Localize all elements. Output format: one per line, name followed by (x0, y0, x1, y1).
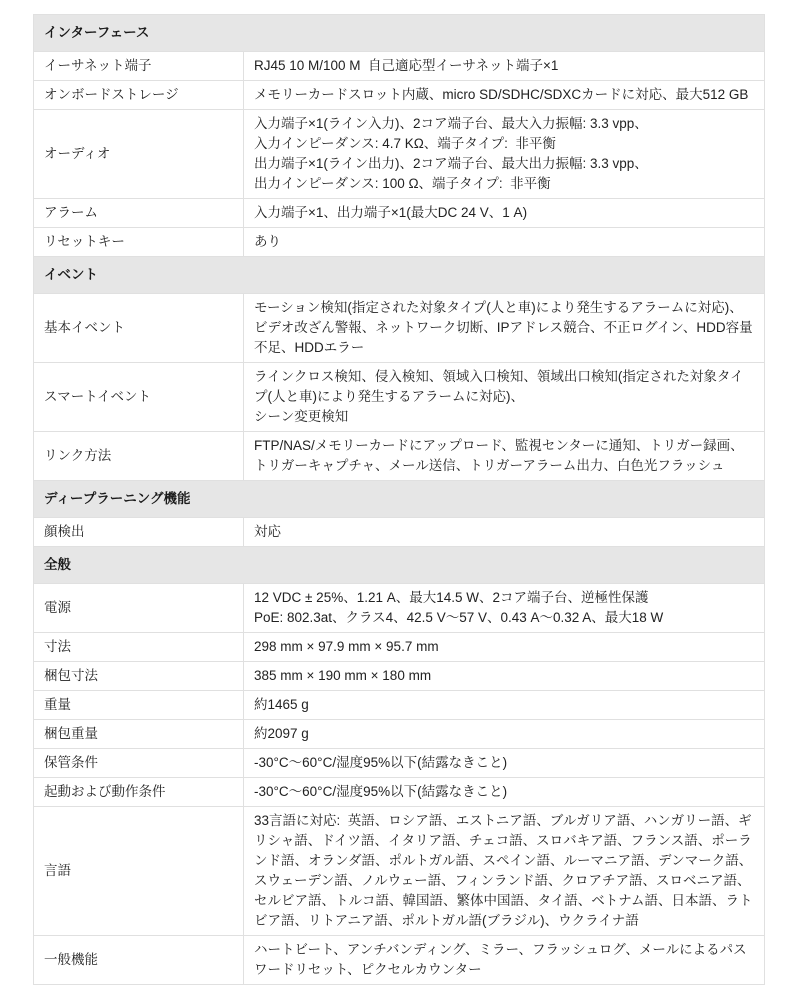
spec-label: 寸法 (34, 633, 244, 662)
spec-label: 電源 (34, 584, 244, 633)
spec-label: 梱包重量 (34, 720, 244, 749)
spec-value: -30°C～60°C/湿度95%以下(結露なきこと) (244, 778, 765, 807)
spec-row: 顔検出対応 (34, 518, 765, 547)
spec-value-line: 約2097 g (254, 724, 754, 744)
spec-label: 保管条件 (34, 749, 244, 778)
spec-value-line: 298 mm × 97.9 mm × 95.7 mm (254, 637, 754, 657)
spec-value-line: メモリーカードスロット内蔵、micro SD/SDHC/SDXCカードに対応、最… (254, 85, 754, 105)
spec-value-line: FTP/NAS/メモリーカードにアップロード、監視センターに通知、トリガー録画、… (254, 436, 754, 476)
spec-value-line: 入力端子×1(ライン入力)、2コア端子台、最大入力振幅: 3.3 vpp、 (254, 114, 754, 134)
spec-row: リンク方法FTP/NAS/メモリーカードにアップロード、監視センターに通知、トリ… (34, 432, 765, 481)
spec-value: 対応 (244, 518, 765, 547)
spec-value: 約1465 g (244, 691, 765, 720)
spec-value-line: 入力端子×1、出力端子×1(最大DC 24 V、1 A) (254, 203, 754, 223)
spec-row: オーディオ入力端子×1(ライン入力)、2コア端子台、最大入力振幅: 3.3 vp… (34, 110, 765, 199)
spec-value: 298 mm × 97.9 mm × 95.7 mm (244, 633, 765, 662)
spec-page: インターフェースイーサネット端子RJ45 10 M/100 M 自己適応型イーサ… (0, 14, 800, 974)
spec-value: 入力端子×1(ライン入力)、2コア端子台、最大入力振幅: 3.3 vpp、入力イ… (244, 110, 765, 199)
spec-row: 起動および動作条件-30°C～60°C/湿度95%以下(結露なきこと) (34, 778, 765, 807)
spec-value: RJ45 10 M/100 M 自己適応型イーサネット端子×1 (244, 52, 765, 81)
spec-value: FTP/NAS/メモリーカードにアップロード、監視センターに通知、トリガー録画、… (244, 432, 765, 481)
section-header-row: インターフェース (34, 15, 765, 52)
spec-row: 梱包寸法385 mm × 190 mm × 180 mm (34, 662, 765, 691)
section-header: ディープラーニング機能 (34, 481, 765, 518)
spec-row: スマートイベントラインクロス検知、侵入検知、領域入口検知、領域出口検知(指定され… (34, 363, 765, 432)
spec-value-line: 約1465 g (254, 695, 754, 715)
spec-row: 基本イベントモーション検知(指定された対象タイプ(人と車)により発生するアラーム… (34, 294, 765, 363)
spec-row: オンボードストレージメモリーカードスロット内蔵、micro SD/SDHC/SD… (34, 81, 765, 110)
section-header-row: イベント (34, 257, 765, 294)
spec-value: -30°C～60°C/湿度95%以下(結露なきこと) (244, 749, 765, 778)
spec-table-body: インターフェースイーサネット端子RJ45 10 M/100 M 自己適応型イーサ… (34, 15, 765, 985)
spec-value: 約2097 g (244, 720, 765, 749)
spec-label: リセットキー (34, 228, 244, 257)
spec-value-line: 385 mm × 190 mm × 180 mm (254, 666, 754, 686)
spec-row: 寸法298 mm × 97.9 mm × 95.7 mm (34, 633, 765, 662)
spec-value-line: ラインクロス検知、侵入検知、領域入口検知、領域出口検知(指定された対象タイプ(人… (254, 367, 754, 407)
spec-row: イーサネット端子RJ45 10 M/100 M 自己適応型イーサネット端子×1 (34, 52, 765, 81)
spec-value-line: 対応 (254, 522, 754, 542)
spec-label: スマートイベント (34, 363, 244, 432)
spec-value: ラインクロス検知、侵入検知、領域入口検知、領域出口検知(指定された対象タイプ(人… (244, 363, 765, 432)
spec-value: あり (244, 228, 765, 257)
spec-label: 言語 (34, 807, 244, 936)
spec-label: 基本イベント (34, 294, 244, 363)
spec-value-line: ハートビート、アンチバンディング、ミラー、フラッシュログ、メールによるパスワード… (254, 940, 754, 980)
spec-value: メモリーカードスロット内蔵、micro SD/SDHC/SDXCカードに対応、最… (244, 81, 765, 110)
spec-row: 一般機能ハートビート、アンチバンディング、ミラー、フラッシュログ、メールによるパ… (34, 936, 765, 985)
spec-value: モーション検知(指定された対象タイプ(人と車)により発生するアラームに対応)、ビ… (244, 294, 765, 363)
spec-row: 梱包重量約2097 g (34, 720, 765, 749)
spec-value-line: 出力端子×1(ライン出力)、2コア端子台、最大出力振幅: 3.3 vpp、 (254, 154, 754, 174)
spec-value-line: 入力インピーダンス: 4.7 KΩ、端子タイプ: 非平衡 (254, 134, 754, 154)
spec-value-line: -30°C～60°C/湿度95%以下(結露なきこと) (254, 753, 754, 773)
spec-label: アラーム (34, 199, 244, 228)
spec-value: 12 VDC ± 25%、1.21 A、最大14.5 W、2コア端子台、逆極性保… (244, 584, 765, 633)
spec-label: オーディオ (34, 110, 244, 199)
spec-value: 33言語に対応: 英語、ロシア語、エストニア語、ブルガリア語、ハンガリー語、ギリ… (244, 807, 765, 936)
spec-value-line: 出力インピーダンス: 100 Ω、端子タイプ: 非平衡 (254, 174, 754, 194)
spec-row: 保管条件-30°C～60°C/湿度95%以下(結露なきこと) (34, 749, 765, 778)
spec-value-line: RJ45 10 M/100 M 自己適応型イーサネット端子×1 (254, 56, 754, 76)
spec-value-line: -30°C～60°C/湿度95%以下(結露なきこと) (254, 782, 754, 802)
spec-value: 385 mm × 190 mm × 180 mm (244, 662, 765, 691)
section-header: 全般 (34, 547, 765, 584)
spec-row: 電源12 VDC ± 25%、1.21 A、最大14.5 W、2コア端子台、逆極… (34, 584, 765, 633)
spec-value-line: モーション検知(指定された対象タイプ(人と車)により発生するアラームに対応)、ビ… (254, 298, 754, 358)
spec-value-line: PoE: 802.3at、クラス4、42.5 V～57 V、0.43 A～0.3… (254, 608, 754, 628)
section-header: イベント (34, 257, 765, 294)
spec-value: 入力端子×1、出力端子×1(最大DC 24 V、1 A) (244, 199, 765, 228)
spec-label: 顔検出 (34, 518, 244, 547)
spec-label: イーサネット端子 (34, 52, 244, 81)
spec-label: 起動および動作条件 (34, 778, 244, 807)
spec-row: 重量約1465 g (34, 691, 765, 720)
spec-row: 言語33言語に対応: 英語、ロシア語、エストニア語、ブルガリア語、ハンガリー語、… (34, 807, 765, 936)
spec-value-line: シーン変更検知 (254, 407, 754, 427)
spec-label: 一般機能 (34, 936, 244, 985)
section-header-row: ディープラーニング機能 (34, 481, 765, 518)
spec-value-line: 33言語に対応: 英語、ロシア語、エストニア語、ブルガリア語、ハンガリー語、ギリ… (254, 811, 754, 931)
spec-label: 重量 (34, 691, 244, 720)
spec-table: インターフェースイーサネット端子RJ45 10 M/100 M 自己適応型イーサ… (33, 14, 765, 985)
spec-value-line: あり (254, 232, 754, 252)
spec-value-line: 12 VDC ± 25%、1.21 A、最大14.5 W、2コア端子台、逆極性保… (254, 588, 754, 608)
spec-value: ハートビート、アンチバンディング、ミラー、フラッシュログ、メールによるパスワード… (244, 936, 765, 985)
spec-label: リンク方法 (34, 432, 244, 481)
spec-row: アラーム入力端子×1、出力端子×1(最大DC 24 V、1 A) (34, 199, 765, 228)
spec-row: リセットキーあり (34, 228, 765, 257)
spec-label: 梱包寸法 (34, 662, 244, 691)
section-header: インターフェース (34, 15, 765, 52)
section-header-row: 全般 (34, 547, 765, 584)
spec-label: オンボードストレージ (34, 81, 244, 110)
